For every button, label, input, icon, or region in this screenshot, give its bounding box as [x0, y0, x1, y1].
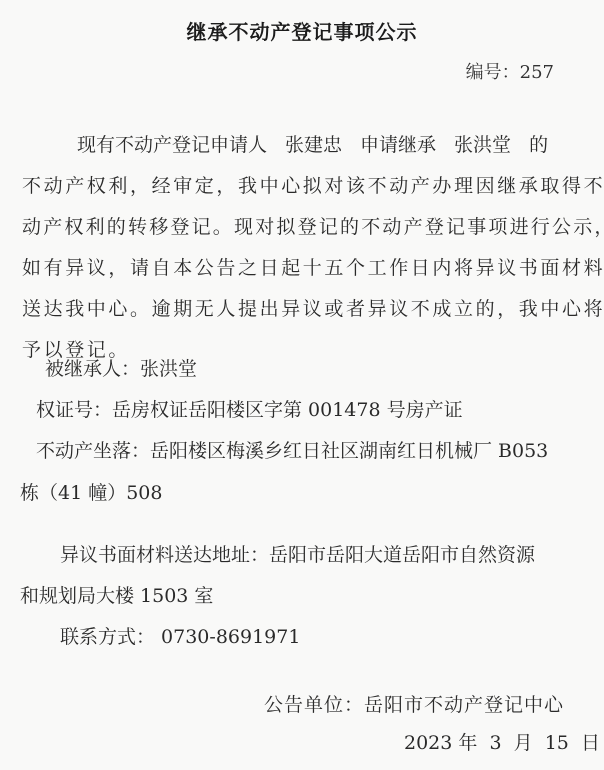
document-number: 编号：257: [466, 58, 554, 84]
applicant-name: 张建忠: [285, 134, 342, 156]
body-line: 不动产权利，经审定，我中心拟对该不动产办理因继承取得不: [22, 171, 604, 198]
body-line: 如有异议，请自本公告之日起十五个工作日内将异议书面材料: [22, 253, 604, 280]
decedent-line: 被继承人：张洪堂: [45, 354, 197, 381]
location-line-continued: 栋（41 幢）508: [20, 478, 162, 505]
certificate-line: 权证号：岳房权证岳阳楼区字第 001478 号房产证: [36, 395, 463, 422]
inherit-text: 申请继承: [360, 134, 436, 156]
body-first-line: 现有不动产登记申请人张建忠申请继承张洪堂的: [77, 130, 548, 157]
objection-address-continued: 和规划局大楼 1503 室: [20, 581, 213, 608]
document-title: 继承不动产登记事项公示: [0, 16, 604, 45]
objection-address-line: 异议书面材料送达地址：岳阳市岳阳大道岳阳市自然资源: [60, 540, 535, 567]
issuer-line: 公告单位：岳阳市不动产登记中心: [264, 690, 564, 717]
body-line: 动产权利的转移登记。现对拟登记的不动产登记事项进行公示，: [22, 212, 604, 239]
location-line: 不动产坐落：岳阳楼区梅溪乡红日社区湖南红日机械厂 B053: [36, 436, 548, 463]
body-line: 送达我中心。逾期无人提出异议或者异议不成立的，我中心将: [22, 294, 604, 321]
date-line: 2023 年 3 月 15 日: [404, 728, 600, 755]
applicant-prefix: 现有不动产登记申请人: [77, 134, 267, 156]
suffix-text: 的: [529, 134, 548, 156]
contact-line: 联系方式： 0730-8691971: [60, 622, 300, 649]
decedent-name: 张洪堂: [454, 134, 511, 156]
